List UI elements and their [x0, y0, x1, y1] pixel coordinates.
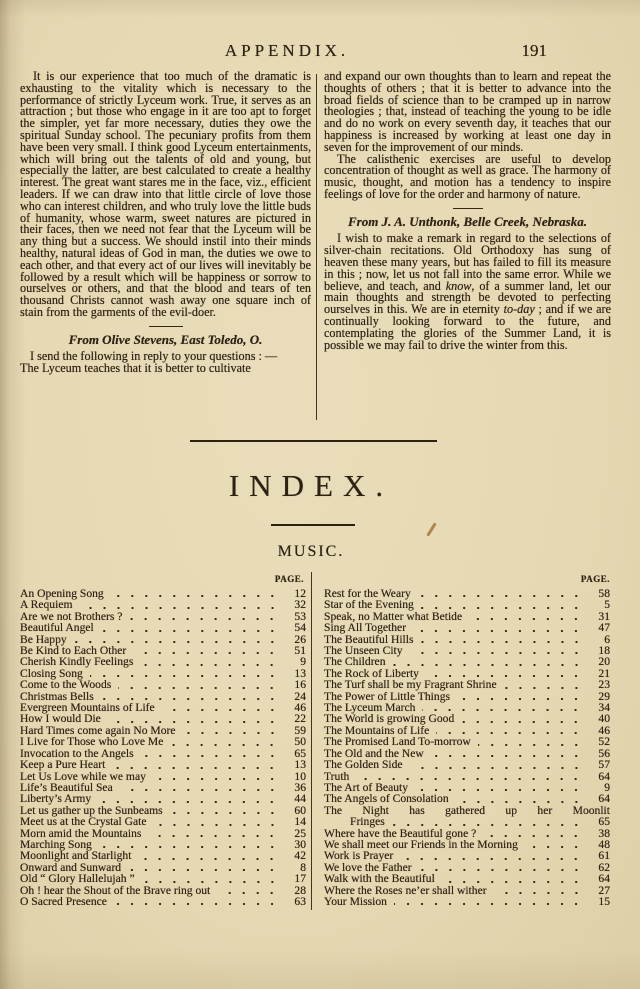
dot-leader [112, 766, 279, 770]
dot-leader [461, 720, 583, 724]
dot-leader [478, 743, 583, 747]
dot-leader [114, 902, 279, 906]
index-right-column: Rest for the Weary58Star of the Evening5… [324, 588, 610, 907]
dot-leader [400, 857, 583, 861]
dot-leader [170, 743, 279, 747]
index-entry: Beautiful Angel54 [20, 622, 306, 633]
index-entry-page: 16 [284, 679, 306, 690]
dot-leader [457, 697, 583, 701]
dot-leader [183, 731, 279, 735]
section-divider-rule [453, 208, 483, 210]
index-entry-page: 50 [284, 736, 306, 747]
index-entry-title: The Golden Side [324, 759, 403, 770]
index-entry-title: Old “ Glory Hallelujah ” [20, 873, 135, 884]
music-section-title: MUSIC. [0, 543, 622, 561]
index-entry-title: Beautiful Angel [20, 622, 94, 633]
index-entry-page: 15 [588, 896, 610, 907]
index-entry-page: 57 [588, 759, 610, 770]
dot-leader [154, 823, 279, 827]
book-page: APPENDIX. 191 It is our experience that … [0, 0, 640, 989]
index-entry: The Golden Side57 [324, 759, 610, 770]
dot-leader [140, 663, 279, 667]
index-entry-title: Come to the Woods [20, 679, 111, 690]
index-entry: Meet us at the Crystal Gate14 [20, 816, 306, 827]
section-divider-rule [149, 326, 183, 328]
index-entry: Come to the Woods16 [20, 679, 306, 690]
index-entry-page: 47 [588, 622, 610, 633]
appendix-right-paragraph: I wish to make a remark in regard to the… [324, 233, 611, 351]
dot-leader [129, 617, 279, 621]
dot-leader [525, 845, 583, 849]
appendix-left-column: It is our experience that too much of th… [20, 71, 311, 375]
index-title-rule [271, 524, 355, 526]
dot-leader [101, 629, 279, 633]
dot-leader [431, 754, 583, 758]
index-entry-page: 64 [588, 793, 610, 804]
page-column-label: PAGE. [20, 574, 304, 584]
dot-leader [162, 708, 279, 712]
index-entry-title: Your Mission [324, 896, 387, 907]
index-entry-page: 14 [284, 816, 306, 827]
index-entry-page: 63 [284, 896, 306, 907]
index-entry-page: 13 [284, 759, 306, 770]
dot-leader [469, 617, 583, 621]
index-entry: Old “ Glory Hallelujah ”17 [20, 873, 306, 884]
index-entry: Your Mission15 [324, 896, 610, 907]
index-entry: O Sacred Presence63 [20, 896, 306, 907]
dot-leader [413, 629, 583, 633]
index-title: INDEX. [0, 468, 622, 504]
dot-leader [410, 766, 583, 770]
dot-leader [393, 663, 584, 667]
index-entry-title: The Turf shall be my Fragrant Shrine [324, 679, 497, 690]
index-entry-title: I Live for Those who Love Me [20, 736, 163, 747]
index-entry-page: 23 [588, 679, 610, 690]
dot-leader [120, 788, 279, 792]
index-entry: Walk with the Beautiful64 [324, 873, 610, 884]
dot-leader [111, 594, 279, 598]
index-entry-title: Keep a Pure Heart [20, 759, 105, 770]
page-number: 191 [505, 41, 547, 61]
dot-leader [90, 674, 279, 678]
dot-leader [494, 891, 583, 895]
index-column-divider-rule [311, 572, 312, 910]
dot-leader [419, 868, 583, 872]
dot-leader [133, 651, 279, 655]
index-entry-title: Liberty’s Army [20, 793, 91, 804]
index-entry-title: Sing All Together [324, 622, 406, 633]
index-entry-title: O Sacred Presence [20, 896, 107, 907]
index-entry-page: 44 [284, 793, 306, 804]
appendix-right-paragraph: The calisthenic exercises are useful to … [324, 154, 611, 201]
dot-leader [148, 834, 279, 838]
index-entry: The Promised Land To-morrow52 [324, 736, 610, 747]
dot-leader [141, 754, 279, 758]
dot-leader [392, 823, 583, 827]
page-title: APPENDIX. [0, 41, 574, 61]
dot-leader [170, 811, 279, 815]
dot-leader [142, 880, 279, 884]
index-entry-title: Meet us at the Crystal Gate [20, 816, 147, 827]
index-entry: The Angels of Consolation64 [324, 793, 610, 804]
index-entry-page: 65 [588, 816, 610, 827]
letter-heading-olive-stevens: From Olive Stevens, East Toledo, O. [20, 333, 311, 347]
index-left-column: An Opening Song12A Requiem32Are we not B… [20, 588, 306, 907]
dot-leader [394, 902, 583, 906]
index-entry-page: 52 [588, 736, 610, 747]
dot-leader [138, 857, 279, 861]
index-entry: I Live for Those who Love Me50 [20, 736, 306, 747]
dot-leader [442, 880, 583, 884]
index-entry-title: Walk with the Beautiful [324, 873, 435, 884]
dot-leader [418, 594, 583, 598]
index-entry: Liberty’s Army44 [20, 793, 306, 804]
dot-leader [421, 640, 583, 644]
scan-artifact [426, 522, 436, 536]
page-column-label: PAGE. [324, 574, 610, 584]
dot-leader [410, 651, 583, 655]
index-entry-page: 54 [284, 622, 306, 633]
dot-leader [128, 868, 279, 872]
index-entry: The Turf shall be my Fragrant Shrine23 [324, 679, 610, 690]
index-entry-title: The Angels of Consolation [324, 793, 449, 804]
dot-leader [504, 686, 583, 690]
dot-leader [217, 891, 279, 895]
index-entry: Fringes65 [324, 816, 610, 827]
dot-leader [118, 686, 279, 690]
index-entry: Sing All Together47 [324, 622, 610, 633]
index-entry-page: 17 [284, 873, 306, 884]
index-top-rule [190, 440, 437, 442]
appendix-right-column: and expand our own thoughts than to lear… [324, 71, 611, 351]
index-entry-title: The Promised Land To-morrow [324, 736, 471, 747]
index-entry-title: Fringes [350, 816, 385, 827]
letter-heading-unthonk: From J. A. Unthonk, Belle Creek, Nebrask… [324, 215, 611, 229]
index-entry-page: 64 [588, 873, 610, 884]
column-divider-rule [316, 74, 317, 420]
dot-leader [153, 777, 279, 781]
appendix-left-paragraph: I send the following in reply to your qu… [20, 351, 311, 375]
appendix-right-paragraph: and expand our own thoughts than to lear… [324, 71, 611, 154]
appendix-left-paragraph: It is our experience that too much of th… [20, 71, 311, 319]
index-entry: Keep a Pure Heart13 [20, 759, 306, 770]
